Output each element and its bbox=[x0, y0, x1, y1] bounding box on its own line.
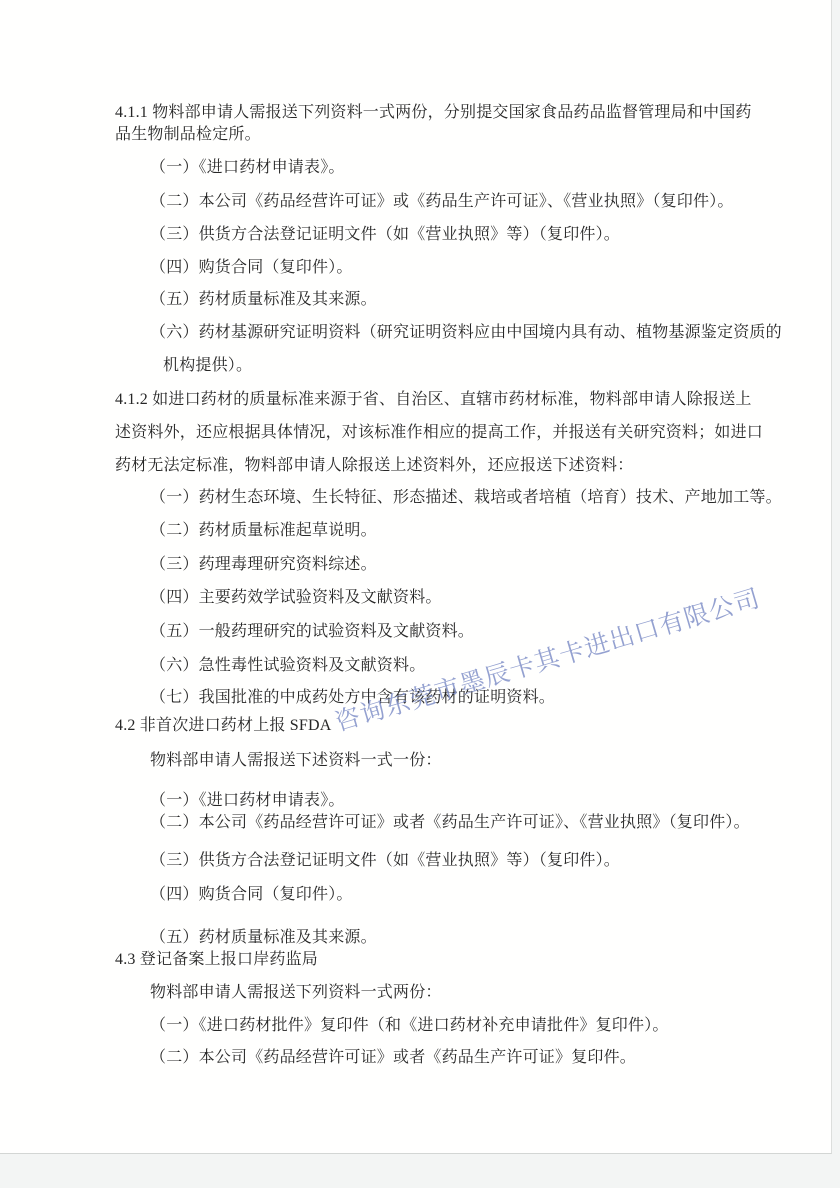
heading-43: 4.3 登记备案上报口岸药监局 bbox=[115, 950, 318, 969]
item-42-1: （一）《进口药材申请表》。 bbox=[150, 791, 345, 810]
para-411-line1: 4.1.1 物料部申请人需报送下列资料一式两份，分别提交国家食品药品监督管理局和… bbox=[115, 103, 752, 122]
item-412-3: （三）药理毒理研究资料综述。 bbox=[150, 555, 377, 574]
item-411-4: （四）购货合同（复印件）。 bbox=[150, 258, 353, 277]
item-412-2: （二）药材质量标准起草说明。 bbox=[150, 521, 377, 540]
item-42-5: （五）药材质量标准及其来源。 bbox=[150, 928, 377, 947]
item-411-3: （三）供货方合法登记证明文件（如《营业执照》等）（复印件）。 bbox=[150, 225, 620, 244]
heading-42: 4.2 非首次进口药材上报 SFDA bbox=[115, 716, 332, 735]
item-43-2: （二）本公司《药品经营许可证》或者《药品生产许可证》复印件。 bbox=[150, 1048, 636, 1067]
para-411-line2: 品生物制品检定所。 bbox=[115, 125, 261, 144]
item-412-6: （六）急性毒性试验资料及文献资料。 bbox=[150, 656, 425, 675]
item-42-3: （三）供货方合法登记证明文件（如《营业执照》等）（复印件）。 bbox=[150, 851, 620, 870]
para-42-intro: 物料部申请人需报送下述资料一式一份： bbox=[150, 751, 442, 770]
item-42-4: （四）购货合同（复印件）。 bbox=[150, 885, 353, 904]
item-411-6-line1: （六）药材基源研究证明资料（研究证明资料应由中国境内具有动、植物基源鉴定资质的 bbox=[150, 323, 782, 342]
item-411-6-line2: 机构提供）。 bbox=[163, 356, 252, 375]
document-page: 4.1.1 物料部申请人需报送下列资料一式两份，分别提交国家食品药品监督管理局和… bbox=[0, 0, 832, 1154]
item-411-2: （二）本公司《药品经营许可证》或《药品生产许可证》、《营业执照》（复印件）。 bbox=[150, 192, 734, 211]
item-42-2: （二）本公司《药品经营许可证》或者《药品生产许可证》、《营业执照》（复印件）。 bbox=[150, 813, 750, 832]
para-43-intro: 物料部申请人需报送下列资料一式两份： bbox=[150, 983, 442, 1002]
item-411-5: （五）药材质量标准及其来源。 bbox=[150, 290, 377, 309]
item-43-1: （一）《进口药材批件》复印件（和《进口药材补充申请批件》复印件）。 bbox=[150, 1016, 669, 1035]
item-411-1: （一）《进口药材申请表》。 bbox=[150, 158, 345, 177]
para-412-line1: 4.1.2 如进口药材的质量标准来源于省、自治区、直辖市药材标准，物料部申请人除… bbox=[115, 390, 752, 409]
item-412-5: （五）一般药理研究的试验资料及文献资料。 bbox=[150, 622, 474, 641]
para-412-line2: 述资料外，还应根据具体情况，对该标准作相应的提高工作，并报送有关研究资料；如进口 bbox=[115, 423, 763, 442]
item-412-4: （四）主要药效学试验资料及文献资料。 bbox=[150, 588, 442, 607]
para-412-line3: 药材无法定标准，物料部申请人除报送上述资料外，还应报送下述资料： bbox=[115, 456, 633, 475]
item-412-7: （七）我国批准的中成药处方中含有该药材的证明资料。 bbox=[150, 688, 555, 707]
item-412-1: （一）药材生态环境、生长特征、形态描述、栽培或者培植（培育）技术、产地加工等。 bbox=[150, 488, 782, 507]
screenshot-root: { "page": { "paper_color": "#ffffff", "b… bbox=[0, 0, 840, 1188]
